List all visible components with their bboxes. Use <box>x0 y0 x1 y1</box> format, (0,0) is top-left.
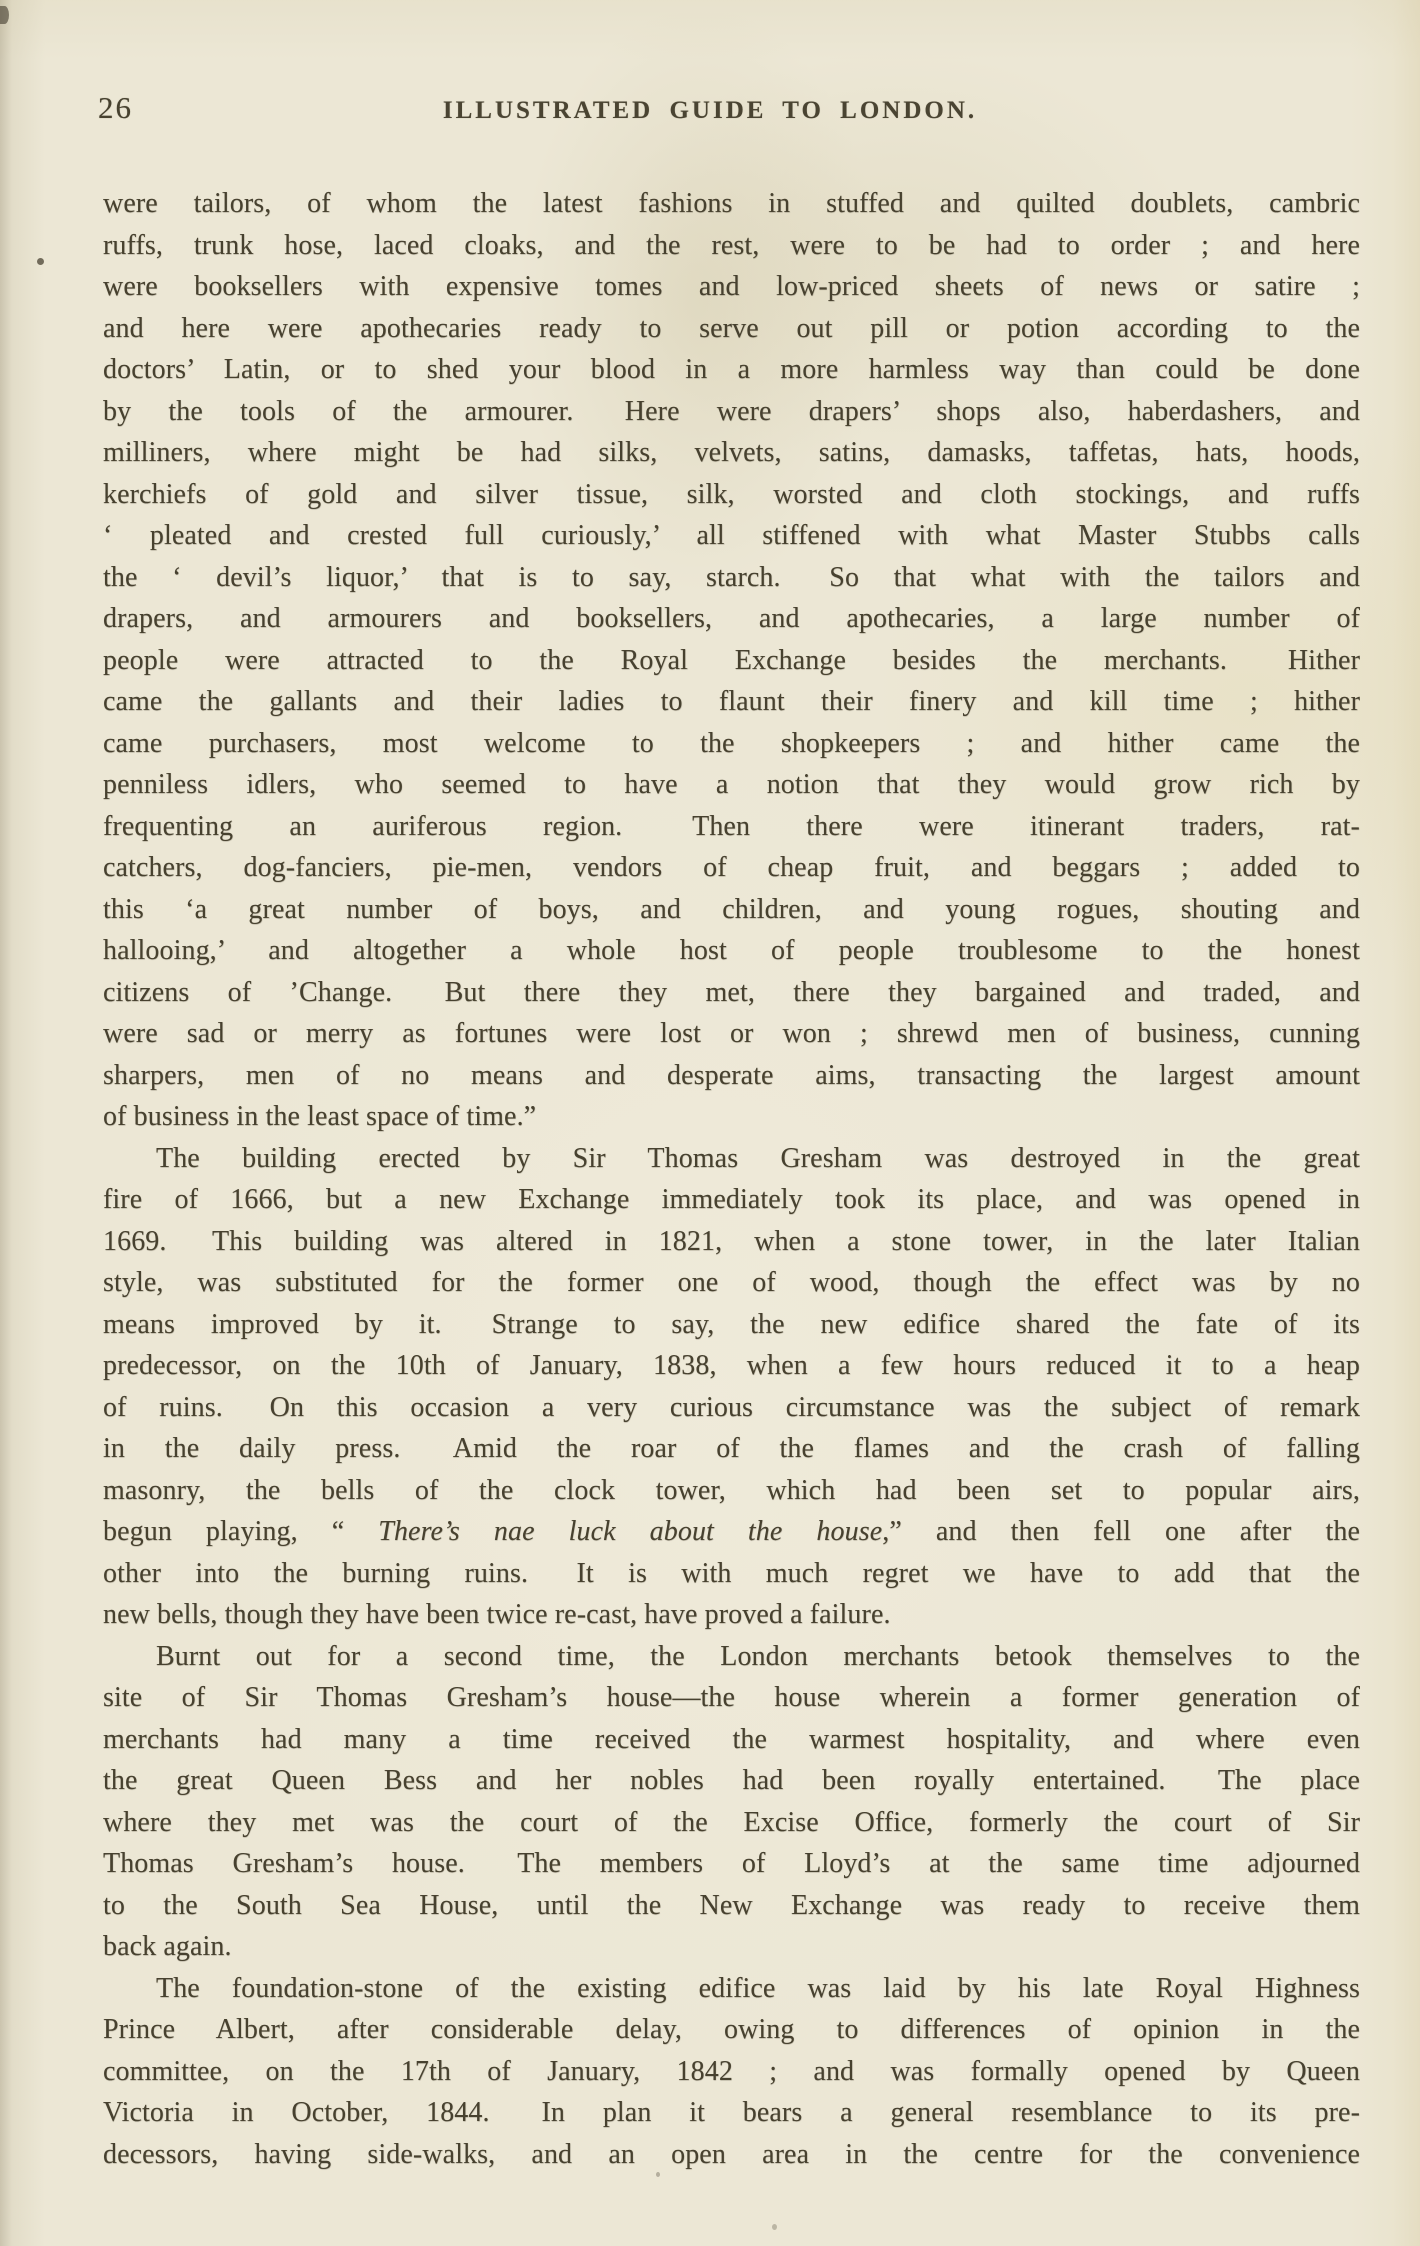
text-line: penniless idlers, who seemed to have a n… <box>103 764 1360 806</box>
text-line: merchants had many a time received the w… <box>103 1719 1360 1761</box>
text-line: were sad or merry as fortunes were lost … <box>103 1013 1360 1055</box>
text-line: citizens of ’Change. But there they met,… <box>103 972 1360 1014</box>
text-block: were tailors, of whom the latest fashion… <box>103 183 1360 2175</box>
ink-speck <box>656 2172 660 2177</box>
ink-speck <box>772 2224 777 2230</box>
text-line: of business in the least space of time.” <box>103 1096 1360 1138</box>
text-line: predecessor, on the 10th of January, 183… <box>103 1345 1360 1387</box>
text-line: 1669. This building was altered in 1821,… <box>103 1221 1360 1263</box>
text-line: Burnt out for a second time, the London … <box>103 1636 1360 1678</box>
paragraph: were tailors, of whom the latest fashion… <box>103 183 1360 1138</box>
text-line: Victoria in October, 1844. In plan it be… <box>103 2092 1360 2134</box>
text-line: frequenting an auriferous region. Then t… <box>103 806 1360 848</box>
running-head: ILLUSTRATED GUIDE TO LONDON. <box>0 97 1420 125</box>
text-line: and here were apothecaries ready to serv… <box>103 308 1360 350</box>
text-line: to the South Sea House, until the New Ex… <box>103 1885 1360 1927</box>
text-line: means improved by it. Strange to say, th… <box>103 1304 1360 1346</box>
book-page: 26 ILLUSTRATED GUIDE TO LONDON. were tai… <box>0 0 1420 2246</box>
text-segment: begun playing, “ <box>103 1516 378 1547</box>
text-line: where they met was the court of the Exci… <box>103 1802 1360 1844</box>
text-line: ruffs, trunk hose, laced cloaks, and the… <box>103 225 1360 267</box>
text-line: masonry, the bells of the clock tower, w… <box>103 1470 1360 1512</box>
text-line: decessors, having side-walks, and an ope… <box>103 2134 1360 2176</box>
paragraph: The foundation-stone of the existing edi… <box>103 1968 1360 2176</box>
text-line: of ruins. On this occasion a very curiou… <box>103 1387 1360 1429</box>
text-line: Thomas Gresham’s house. The members of L… <box>103 1843 1360 1885</box>
text-line: site of Sir Thomas Gresham’s house—the h… <box>103 1677 1360 1719</box>
paragraph: Burnt out for a second time, the London … <box>103 1636 1360 1968</box>
page-edge-mark <box>0 6 9 24</box>
italic-phrase: There’s nae luck about the house <box>378 1516 882 1547</box>
text-line: fire of 1666, but a new Exchange immedia… <box>103 1179 1360 1221</box>
text-line: begun playing, “ There’s nae luck about … <box>103 1511 1360 1553</box>
text-line: catchers, dog-fanciers, pie-men, vendors… <box>103 847 1360 889</box>
ink-speck <box>37 258 44 265</box>
text-line: people were attracted to the Royal Excha… <box>103 640 1360 682</box>
text-line: sharpers, men of no means and desperate … <box>103 1055 1360 1097</box>
text-line: style, was substituted for the former on… <box>103 1262 1360 1304</box>
text-line: The foundation-stone of the existing edi… <box>103 1968 1360 2010</box>
text-line: new bells, though they have been twice r… <box>103 1594 1360 1636</box>
text-line: kerchiefs of gold and silver tissue, sil… <box>103 474 1360 516</box>
text-line: committee, on the 17th of January, 1842 … <box>103 2051 1360 2093</box>
text-line: Prince Albert, after considerable delay,… <box>103 2009 1360 2051</box>
text-line: this ‘a great number of boys, and childr… <box>103 889 1360 931</box>
text-segment: ,” and then fell one after the <box>882 1516 1360 1547</box>
text-line: doctors’ Latin, or to shed your blood in… <box>103 349 1360 391</box>
text-line: the ‘ devil’s liquor,’ that is to say, s… <box>103 557 1360 599</box>
text-line: milliners, where might be had silks, vel… <box>103 432 1360 474</box>
text-line: came purchasers, most welcome to the sho… <box>103 723 1360 765</box>
text-line: back again. <box>103 1926 1360 1968</box>
text-line: hallooing,’ and altogether a whole host … <box>103 930 1360 972</box>
text-line: The building erected by Sir Thomas Gresh… <box>103 1138 1360 1180</box>
text-line: came the gallants and their ladies to fl… <box>103 681 1360 723</box>
text-line: in the daily press. Amid the roar of the… <box>103 1428 1360 1470</box>
text-line: the great Queen Bess and her nobles had … <box>103 1760 1360 1802</box>
text-line: drapers, and armourers and booksellers, … <box>103 598 1360 640</box>
text-line: were booksellers with expensive tomes an… <box>103 266 1360 308</box>
paragraph: The building erected by Sir Thomas Gresh… <box>103 1138 1360 1636</box>
text-line: other into the burning ruins. It is with… <box>103 1553 1360 1595</box>
text-line: were tailors, of whom the latest fashion… <box>103 183 1360 225</box>
text-line: by the tools of the armourer. Here were … <box>103 391 1360 433</box>
text-line: ‘ pleated and crested full curiously,’ a… <box>103 515 1360 557</box>
